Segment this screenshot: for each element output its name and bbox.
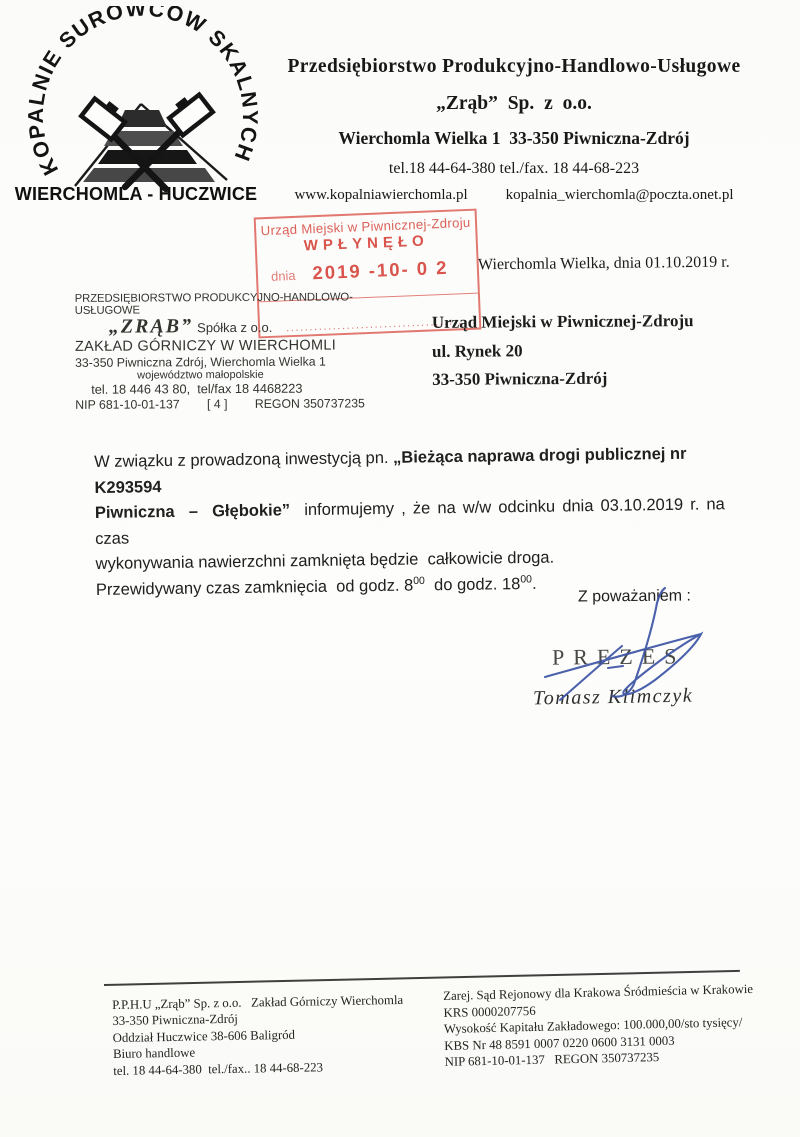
body-line1: W związku z prowadzoną inwestycją pn. „B… — [94, 441, 763, 501]
company-website: www.kopalniawierchomla.pl — [294, 187, 467, 203]
company-stamp-line6: tel. 18 446 43 80, tel/fax 18 4468223 — [75, 380, 405, 397]
dateline: Wierchomla Wielka, dnia 01.10.2019 r. — [478, 254, 730, 275]
company-stamp-name: „ZRĄB”Spółka z o.o. — [75, 314, 405, 339]
company-web-email: www.kopalniawierchomla.plkopalnia_wierch… — [268, 187, 760, 204]
letter-body: W związku z prowadzoną inwestycją pn. „B… — [94, 441, 764, 603]
company-stamp-name-suffix: Spółka z o.o. — [197, 320, 272, 335]
recipient-street: ul. Rynek 20 — [432, 336, 694, 366]
body-line2: Piwniczna – Głębokie” informujemy , że n… — [95, 492, 764, 552]
recipient-block: Urząd Miejski w Piwnicznej-Zdroju ul. Ry… — [432, 307, 694, 394]
company-name-line1: Przedsiębiorstwo Produkcyjno-Handlowo-Us… — [268, 56, 760, 78]
letterhead: Przedsiębiorstwo Produkcyjno-Handlowo-Us… — [268, 56, 760, 204]
company-phone: tel.18 44-64-380 tel./fax. 18 44-68-223 — [268, 160, 760, 178]
company-address: Wierchomla Wielka 1 33-350 Piwniczna-Zdr… — [268, 128, 760, 149]
signature-scribble — [520, 583, 720, 711]
company-stamp: PRZEDSIĘBIORSTWO PRODUKCYJNO-HANDLOWO-US… — [75, 291, 406, 412]
received-stamp-date-value: 2019 -10- 0 2 — [312, 257, 449, 284]
received-stamp-date-row: dnia 2019 -10- 0 2 — [258, 256, 478, 287]
company-name-line2: „Zrąb” Sp. z o.o. — [268, 93, 760, 115]
company-stamp-line1: PRZEDSIĘBIORSTWO PRODUKCYJNO-HANDLOWO-US… — [75, 291, 405, 317]
footer-right-block: Zarej. Sąd Rejonowy dla Krakowa Śródmieś… — [443, 981, 755, 1071]
footer-left-block: P.P.H.U „Zrąb” Sp. z o.o. Zakład Górnicz… — [112, 992, 404, 1079]
logo-caption: WIERCHOMLA - HUCZWICE — [10, 184, 262, 205]
company-email: kopalnia_wierchomla@poczta.onet.pl — [506, 187, 734, 203]
recipient-city: 33-350 Piwniczna-Zdrój — [432, 364, 694, 394]
recipient-name: Urząd Miejski w Piwnicznej-Zdroju — [432, 307, 694, 337]
scanned-letter-page: KOPALNIE SUROWCÓW SKALNYCH WIERCHOMLA - — [0, 0, 800, 1137]
company-stamp-line3: ZAKŁAD GÓRNICZY W WIERCHOMLI — [75, 337, 405, 355]
company-stamp-name-main: „ZRĄB” — [109, 315, 193, 337]
company-stamp-line7: NIP 681-10-01-137 [ 4 ] REGON 350737235 — [75, 396, 405, 412]
company-logo: KOPALNIE SUROWCÓW SKALNYCH — [12, 6, 264, 206]
received-stamp-date-label: dnia — [271, 268, 296, 284]
